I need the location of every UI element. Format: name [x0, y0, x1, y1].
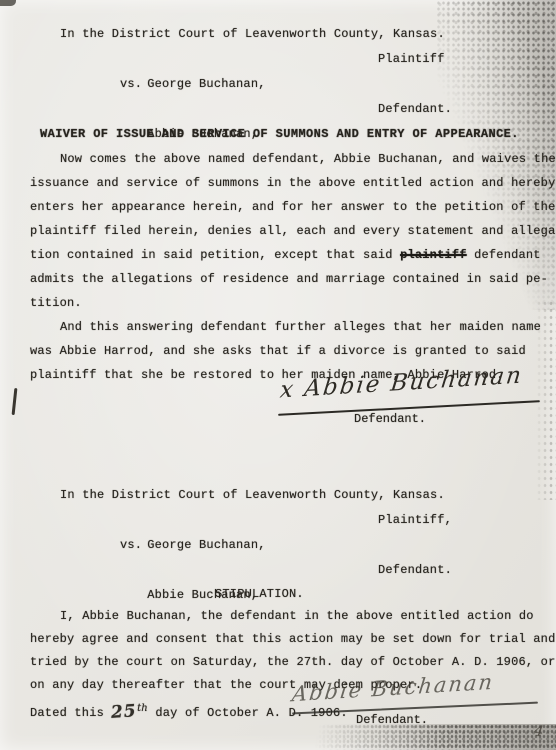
body-line: hereby agree and consent that this actio…: [30, 628, 542, 651]
body-line: And this answering defendant further all…: [30, 315, 542, 339]
dated-prefix: Dated this: [30, 706, 111, 720]
plaintiff-caption-row: George Buchanan, Plaintiff,: [30, 508, 542, 533]
plaintiff-name: George Buchanan,: [147, 72, 265, 97]
strike-line-after: defendant: [467, 248, 541, 262]
body-line: plaintiff filed herein, denies all, each…: [30, 219, 542, 243]
body-line: admits the allegations of residence and …: [30, 267, 542, 291]
signature-role-label: Defendant.: [354, 412, 426, 426]
defendant-name: Abbie Buchanan,: [147, 122, 258, 147]
court-caption-line: In the District Court of Leavenworth Cou…: [60, 22, 542, 47]
struck-word-plaintiff: plaintiff: [400, 248, 467, 262]
body-line: was Abbie Harrod, and she asks that if a…: [30, 339, 542, 363]
strike-line-before: tion contained in said petition, except …: [30, 248, 400, 262]
handwritten-day-suffix: th: [137, 703, 148, 714]
waiver-section: In the District Court of Leavenworth Cou…: [30, 22, 542, 387]
plaintiff-role-label: Plaintiff,: [378, 508, 452, 533]
scanned-legal-document: 4 In the District Court of Leavenworth C…: [0, 0, 556, 750]
plaintiff-caption-row: George Buchanan, Plaintiff: [30, 47, 542, 72]
stipulation-signature-block: Abbie Buchanan Defendant.: [292, 676, 556, 736]
document-content: In the District Court of Leavenworth Cou…: [0, 0, 556, 720]
plaintiff-name: George Buchanan,: [147, 533, 265, 558]
plaintiff-role-label: Plaintiff: [378, 47, 445, 72]
body-line: tition.: [30, 291, 542, 315]
body-line: Now comes the above named defendant, Abb…: [30, 147, 542, 171]
defendant-caption-row: Abbie Buchanan, Defendant.: [30, 97, 542, 122]
defendant-role-label: Defendant.: [378, 97, 452, 122]
waiver-signature-block: x Abbie Buchanan Defendant.: [280, 370, 556, 432]
handwritten-signature: Abbie Buchanan: [291, 670, 496, 707]
body-line: enters her appearance herein, and for he…: [30, 195, 542, 219]
body-line: I, Abbie Buchanan, the defendant in the …: [30, 605, 542, 628]
court-caption-line: In the District Court of Leavenworth Cou…: [60, 483, 542, 508]
defendant-caption-row: Abbie Buchanan, Defendant.: [30, 558, 542, 583]
handwritten-day: 25: [111, 700, 138, 725]
signature-role-label: Defendant.: [356, 713, 428, 727]
defendant-role-label: Defendant.: [378, 558, 452, 583]
body-line: issuance and service of summons in the a…: [30, 171, 542, 195]
defendant-name: Abbie Buchanan,: [147, 583, 258, 608]
stipulation-title: STIPULATION.: [215, 583, 542, 605]
signature-x-mark: x: [279, 376, 306, 404]
body-line-with-strikeout: tion contained in said petition, except …: [30, 243, 542, 267]
